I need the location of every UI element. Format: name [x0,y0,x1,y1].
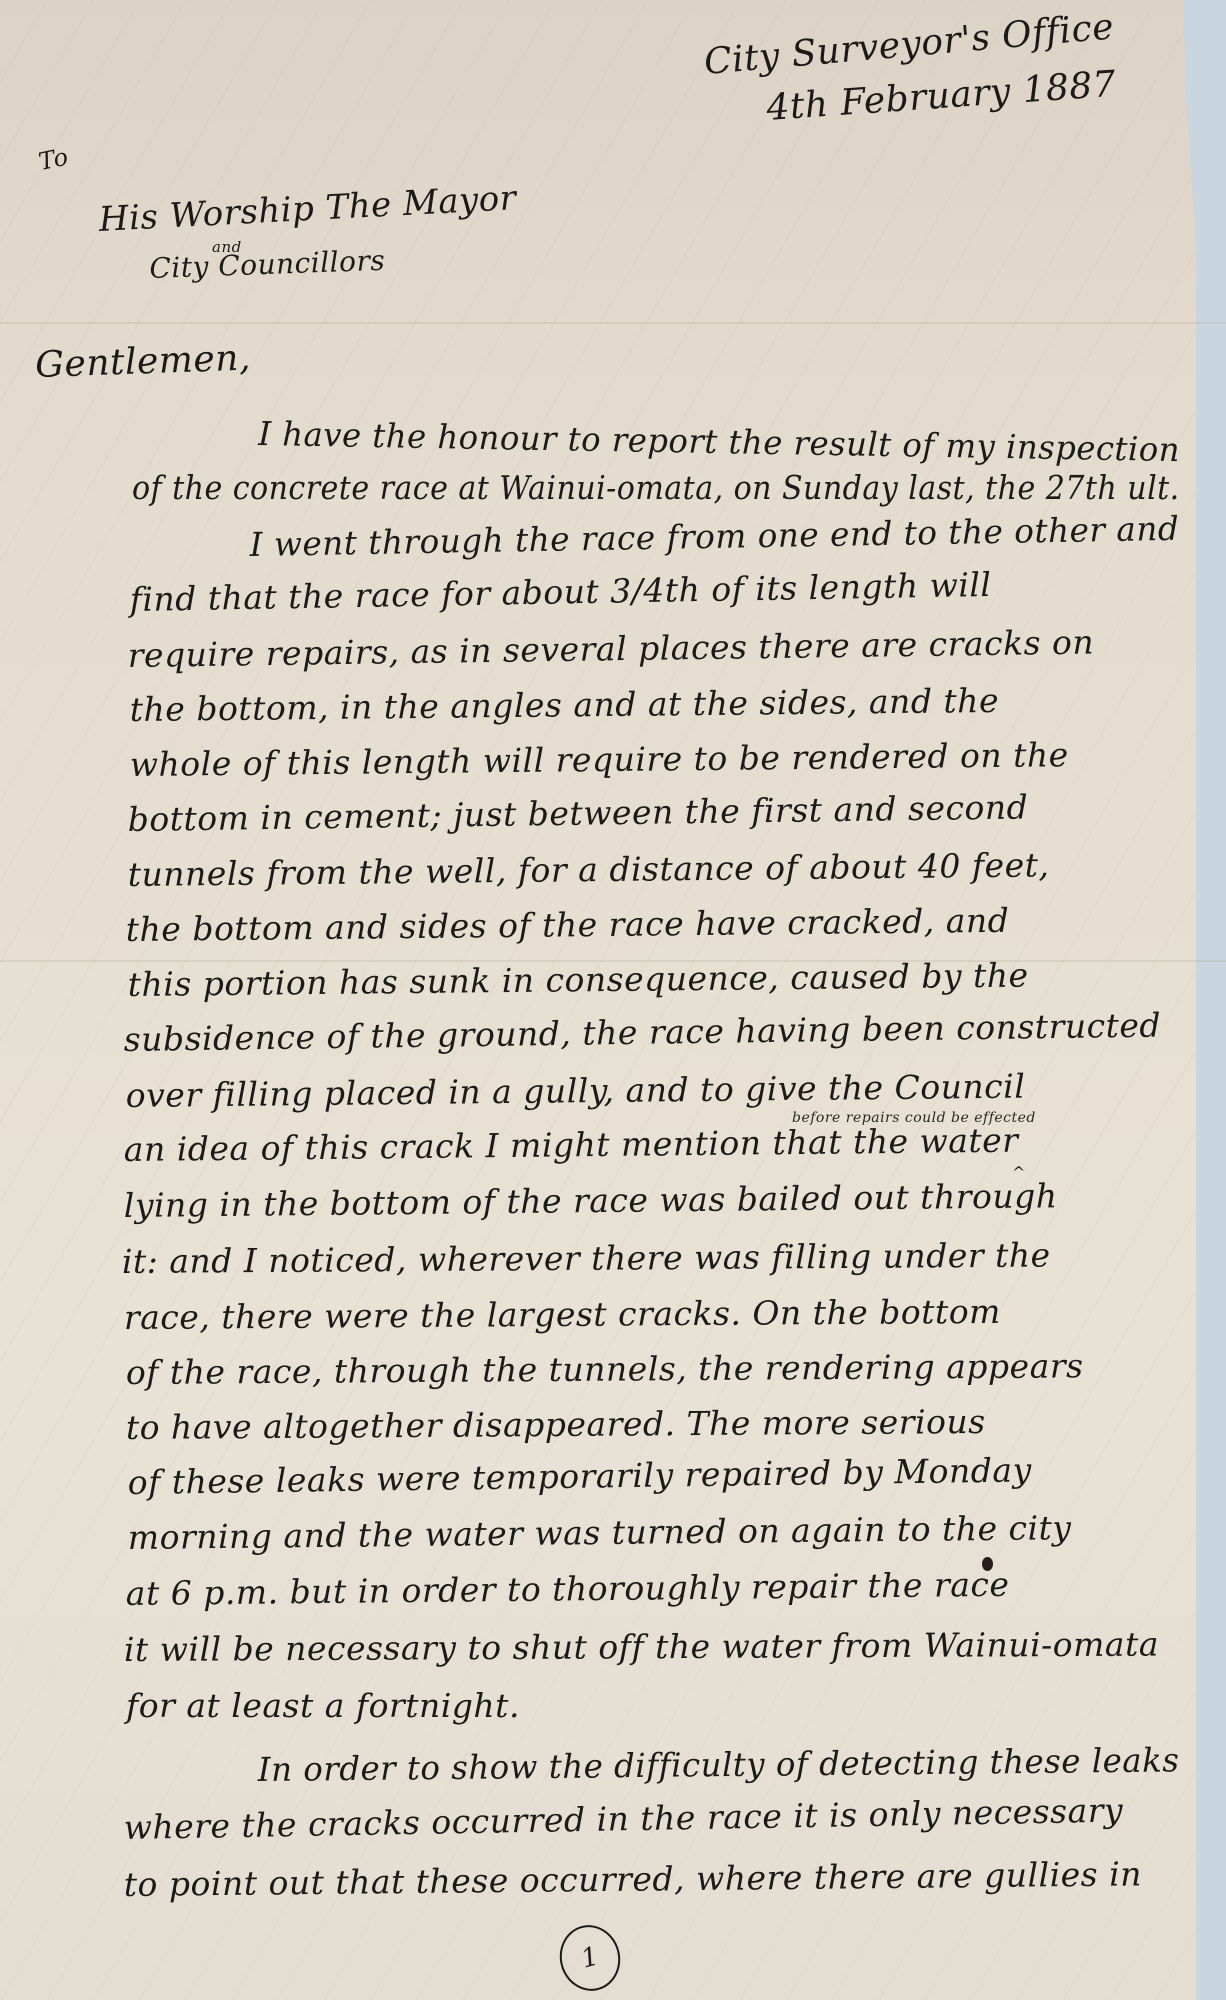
body-line: race, there were the largest cracks. On … [124,1292,1001,1337]
body-line: of the concrete race at Wainui-omata, on… [132,468,1180,507]
greeting: Gentlemen, [35,338,252,386]
body-line: of the race, through the tunnels, the re… [126,1346,1084,1392]
body-line: for at least a fortnight. [126,1686,520,1725]
paper-fold-line [0,322,1226,324]
body-line: it: and I noticed, wherever there was fi… [122,1236,1051,1281]
page-number: 1 [578,1941,602,1974]
body-line: it will be necessary to shut off the wat… [124,1625,1159,1669]
body-line: to have altogether disappeared. The more… [126,1402,986,1447]
